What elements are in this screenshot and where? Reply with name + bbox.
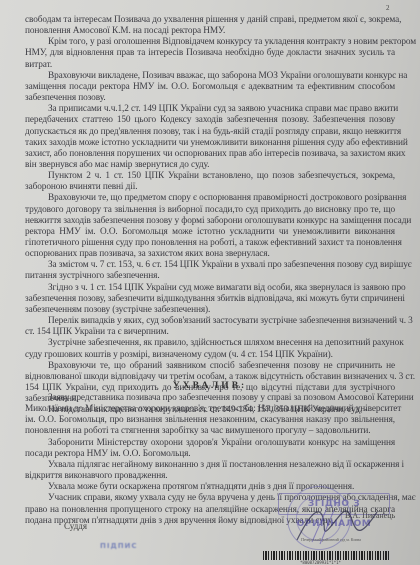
court-name: Печерський районний суд м. Києва	[296, 537, 366, 542]
text-line: допускається як до пред'явлення позову, …	[25, 127, 395, 138]
text-line: Зустрічне забезпечення, як правило, здій…	[48, 338, 395, 349]
barcode-number: *80087209931*1*1*	[300, 560, 341, 565]
barcode-icon	[263, 551, 389, 560]
signature-placeholder: ПІДПИС	[100, 542, 138, 550]
text-line: трудового договору та звільнення із вибо…	[25, 205, 395, 216]
text-line: захист, або поновлення порушених чи оспо…	[25, 149, 395, 160]
text-line: питання зустрічного забезпечення.	[25, 271, 160, 282]
court-ruling-page: 2 свободам та інтересам Позивача до ухва…	[0, 0, 420, 565]
text-line: ім. О.О. Богомольця, про визнання звільн…	[25, 415, 395, 426]
text-line: За приписами ч.ч.1,2 ст. 149 ЦПК України…	[48, 104, 395, 115]
text-line: витрат.	[25, 60, 52, 71]
text-line: Згідно з ч. 1 ст. 154 ЦПК України суд мо…	[48, 283, 395, 294]
text-line: За змістом ч. 7 ст. 153, ч. 6 ст. 154 ЦП…	[48, 260, 395, 271]
text-line: Ухвала підлягає негайному виконанню з дн…	[48, 460, 395, 471]
text-line: поновлення Амосової К.М. на посаді ректо…	[25, 26, 225, 37]
text-line: поновлення на роботі та стягнення заробі…	[25, 426, 370, 437]
text-line: заміщення посади ректора НМУ ім. О.О. Бо…	[25, 82, 395, 93]
text-line: забезпечення позову, забезпечити відшкод…	[25, 294, 395, 305]
text-line: Пунктом 2 ч. 1 ст. 150 ЦПК України встан…	[48, 171, 395, 182]
page-number: 2	[386, 4, 390, 12]
text-line: Крім того, у разі оголошення Відповідаче…	[48, 37, 395, 48]
text-line: таких заходів може істотно ускладнити чи…	[25, 138, 395, 149]
text-line: забороною вчиняти певні дії.	[25, 182, 137, 193]
text-line: Миколаївни до Міністерства охорони здоро…	[25, 404, 395, 415]
text-line: забезпеченням позову (зустрічне забезпеч…	[25, 305, 210, 316]
text-line: передбачених статтею 150 цього Кодексу з…	[25, 115, 395, 126]
text-line: Перелік випадків у яких, суд зобов'язани…	[48, 316, 395, 327]
text-line: ректора НМУ ім. О.О. Богомольця може іст…	[25, 227, 395, 238]
text-line: забезпечення позову.	[25, 93, 106, 104]
text-line: Заборонити Міністерству охорони здоров'я…	[48, 438, 395, 449]
text-line: оспорюваних прав позивача, за захистом я…	[25, 249, 270, 260]
text-line: посади ректора НМУ ім. О.О. Богомольця.	[25, 449, 191, 460]
text-line: ст. 154 ЦПК України та є вичерпним.	[25, 327, 169, 338]
text-line: він звернувся або має намір звернутися д…	[25, 160, 209, 171]
text-line: НМУ, для відновлення прав та інтересів П…	[25, 48, 395, 59]
text-line: Враховуючи те, що предметом спору є оспо…	[48, 193, 395, 204]
text-line: невжиття заходів забезпечення позову у ф…	[25, 216, 395, 227]
text-line: свободам та інтересам Позивача до ухвале…	[25, 15, 395, 26]
text-line: Враховуючи викладене, Позивач вважає, що…	[48, 71, 395, 82]
judge-label: Суддя	[64, 521, 87, 531]
text-line: гіпотетичного рішення суду про поновленн…	[25, 238, 395, 249]
ruling-heading: УХВАЛИВ:	[0, 381, 420, 391]
text-line: суду грошових коштів у розмірі, визначен…	[25, 350, 333, 361]
text-line: Враховуючи те, що обраний заявником спос…	[48, 361, 395, 372]
text-line: Заяву представника позивача про забезпеч…	[48, 393, 395, 404]
text-line: відкриття виконавчого провадження.	[25, 471, 168, 482]
